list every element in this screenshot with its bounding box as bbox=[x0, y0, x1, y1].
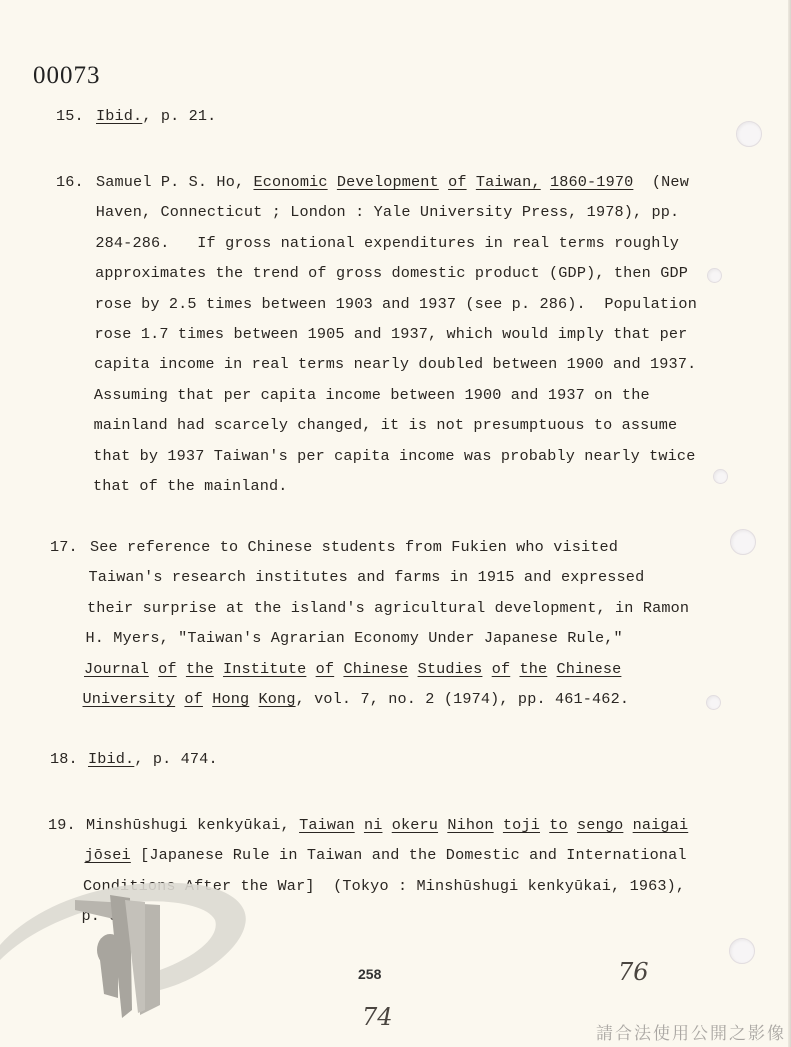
title-text: of bbox=[316, 660, 335, 678]
footnote-line: Journal of the Institute of Chinese Stud… bbox=[84, 659, 621, 679]
body-text bbox=[623, 816, 632, 834]
body-text bbox=[438, 816, 447, 834]
footnote-line: approximates the trend of gross domestic… bbox=[95, 263, 688, 283]
footnote-line: rose 1.7 times between 1905 and 1937, wh… bbox=[95, 324, 688, 344]
body-text bbox=[540, 816, 549, 834]
footnote-number: 18. bbox=[50, 749, 78, 769]
footnote-line: jōsei [Japanese Rule in Taiwan and the D… bbox=[85, 845, 687, 865]
body-text bbox=[568, 816, 577, 834]
handwritten-number-top: 76 bbox=[618, 958, 649, 986]
body-text: Assuming that per capita income between … bbox=[94, 386, 650, 404]
title-text: Ibid. bbox=[96, 107, 142, 125]
footnote-line: rose by 2.5 times between 1903 and 1937 … bbox=[95, 294, 697, 314]
body-text: approximates the trend of gross domestic… bbox=[95, 264, 688, 282]
footnote-line: H. Myers, "Taiwan's Agrarian Economy Und… bbox=[86, 628, 623, 648]
body-text: Haven, Connecticut ; London : Yale Unive… bbox=[96, 203, 680, 221]
body-text: Conditions After the War] (Tokyo : Minsh… bbox=[83, 877, 685, 895]
body-text bbox=[249, 690, 258, 708]
body-text bbox=[177, 660, 186, 678]
footnote-line: Taiwan's research institutes and farms i… bbox=[89, 567, 645, 587]
punch-hole bbox=[707, 268, 722, 283]
archive-id-stamp: 00073 bbox=[33, 62, 101, 90]
title-text: University bbox=[83, 690, 176, 708]
footnote-line: Samuel P. S. Ho, Economic Development of… bbox=[96, 172, 689, 192]
handwritten-number-bottom: 74 bbox=[362, 1003, 393, 1031]
title-text: Ibid. bbox=[88, 750, 134, 768]
footnote-line: Ibid., p. 474. bbox=[88, 749, 218, 769]
title-text: of bbox=[184, 690, 203, 708]
body-text bbox=[482, 660, 491, 678]
body-text bbox=[547, 660, 556, 678]
footnote-line: University of Hong Kong, vol. 7, no. 2 (… bbox=[83, 689, 630, 709]
body-text: , p. 474. bbox=[134, 750, 217, 768]
title-text: the bbox=[519, 660, 547, 678]
document-page: 00073 15.Ibid., p. 21.16.Samuel P. S. Ho… bbox=[0, 0, 791, 1047]
body-text bbox=[439, 173, 448, 191]
footnote-line: capita income in real terms nearly doubl… bbox=[94, 354, 696, 374]
footnote-number: 19. bbox=[48, 815, 76, 835]
punch-hole bbox=[730, 529, 756, 555]
punch-hole bbox=[706, 695, 721, 710]
footnote-line: that by 1937 Taiwan's per capita income … bbox=[93, 446, 695, 466]
body-text: that of the mainland. bbox=[93, 477, 288, 495]
title-text: Chinese bbox=[343, 660, 408, 678]
title-text: Kong bbox=[259, 690, 296, 708]
footnote-line: Ibid., p. 21. bbox=[96, 106, 216, 126]
title-text: Nihon bbox=[447, 816, 493, 834]
title-text: Chinese bbox=[557, 660, 622, 678]
punch-hole bbox=[713, 469, 728, 484]
title-text: okeru bbox=[392, 816, 438, 834]
title-text: ni bbox=[364, 816, 383, 834]
punch-hole bbox=[736, 121, 762, 147]
body-text: p. 54. bbox=[82, 907, 138, 925]
title-text: Development bbox=[337, 173, 439, 191]
title-text: Studies bbox=[418, 660, 483, 678]
body-text: , vol. 7, no. 2 (1974), pp. 461-462. bbox=[296, 690, 630, 708]
title-text: toji bbox=[503, 816, 540, 834]
body-text: mainland had scarcely changed, it is not… bbox=[94, 416, 678, 434]
footnote-line: Minshūshugi kenkyūkai, Taiwan ni okeru N… bbox=[86, 815, 688, 835]
title-text: of bbox=[492, 660, 511, 678]
footnote-line: mainland had scarcely changed, it is not… bbox=[94, 415, 678, 435]
body-text: (New bbox=[633, 173, 689, 191]
body-text bbox=[408, 660, 417, 678]
title-text: Taiwan bbox=[299, 816, 355, 834]
body-text: that by 1937 Taiwan's per capita income … bbox=[93, 447, 695, 465]
punch-hole bbox=[729, 938, 755, 964]
body-text: 284-286. If gross national expenditures … bbox=[95, 234, 679, 252]
body-text bbox=[306, 660, 315, 678]
footnote-line: See reference to Chinese students from F… bbox=[90, 537, 618, 557]
body-text: Taiwan's research institutes and farms i… bbox=[89, 568, 645, 586]
body-text bbox=[467, 173, 476, 191]
body-text: See reference to Chinese students from F… bbox=[90, 538, 618, 556]
body-text bbox=[382, 816, 391, 834]
title-text: the bbox=[186, 660, 214, 678]
body-text bbox=[494, 816, 503, 834]
title-text: Taiwan, bbox=[476, 173, 541, 191]
body-text: rose by 2.5 times between 1903 and 1937 … bbox=[95, 295, 697, 313]
footnote-number: 17. bbox=[50, 537, 78, 557]
title-text: to bbox=[549, 816, 568, 834]
footnote-line: Haven, Connecticut ; London : Yale Unive… bbox=[96, 202, 680, 222]
footnote-line: Conditions After the War] (Tokyo : Minsh… bbox=[83, 876, 685, 896]
footnote-line: Assuming that per capita income between … bbox=[94, 385, 650, 405]
footnote-number: 16. bbox=[56, 172, 84, 192]
title-text: Hong bbox=[212, 690, 249, 708]
title-text: jōsei bbox=[85, 846, 131, 864]
body-text bbox=[355, 816, 364, 834]
page-number: 258 bbox=[358, 966, 381, 982]
body-text: , p. 21. bbox=[142, 107, 216, 125]
body-text: rose 1.7 times between 1905 and 1937, wh… bbox=[95, 325, 688, 343]
title-text: Economic bbox=[254, 173, 328, 191]
body-text: [Japanese Rule in Taiwan and the Domesti… bbox=[131, 846, 687, 864]
body-text bbox=[149, 660, 158, 678]
footnote-line: their surprise at the island's agricultu… bbox=[87, 598, 689, 618]
title-text: Institute bbox=[223, 660, 306, 678]
footnote-number: 15. bbox=[56, 106, 84, 126]
footnote-line: p. 54. bbox=[82, 906, 138, 926]
legal-use-watermark: 請合法使用公開之影像 bbox=[596, 1019, 786, 1044]
body-text: Minshūshugi kenkyūkai, bbox=[86, 816, 299, 834]
body-text: H. Myers, "Taiwan's Agrarian Economy Und… bbox=[86, 629, 623, 647]
body-text bbox=[214, 660, 223, 678]
title-text: 1860-1970 bbox=[550, 173, 633, 191]
body-text: capita income in real terms nearly doubl… bbox=[94, 355, 696, 373]
footnote-line: 284-286. If gross national expenditures … bbox=[95, 233, 679, 253]
body-text bbox=[328, 173, 337, 191]
title-text: of bbox=[448, 173, 467, 191]
body-text: Samuel P. S. Ho, bbox=[96, 173, 254, 191]
title-text: sengo bbox=[577, 816, 623, 834]
body-text bbox=[203, 690, 212, 708]
body-text bbox=[541, 173, 550, 191]
title-text: of bbox=[158, 660, 177, 678]
title-text: naigai bbox=[633, 816, 689, 834]
title-text: Journal bbox=[84, 660, 149, 678]
footnote-line: that of the mainland. bbox=[93, 476, 288, 496]
body-text: their surprise at the island's agricultu… bbox=[87, 599, 689, 617]
